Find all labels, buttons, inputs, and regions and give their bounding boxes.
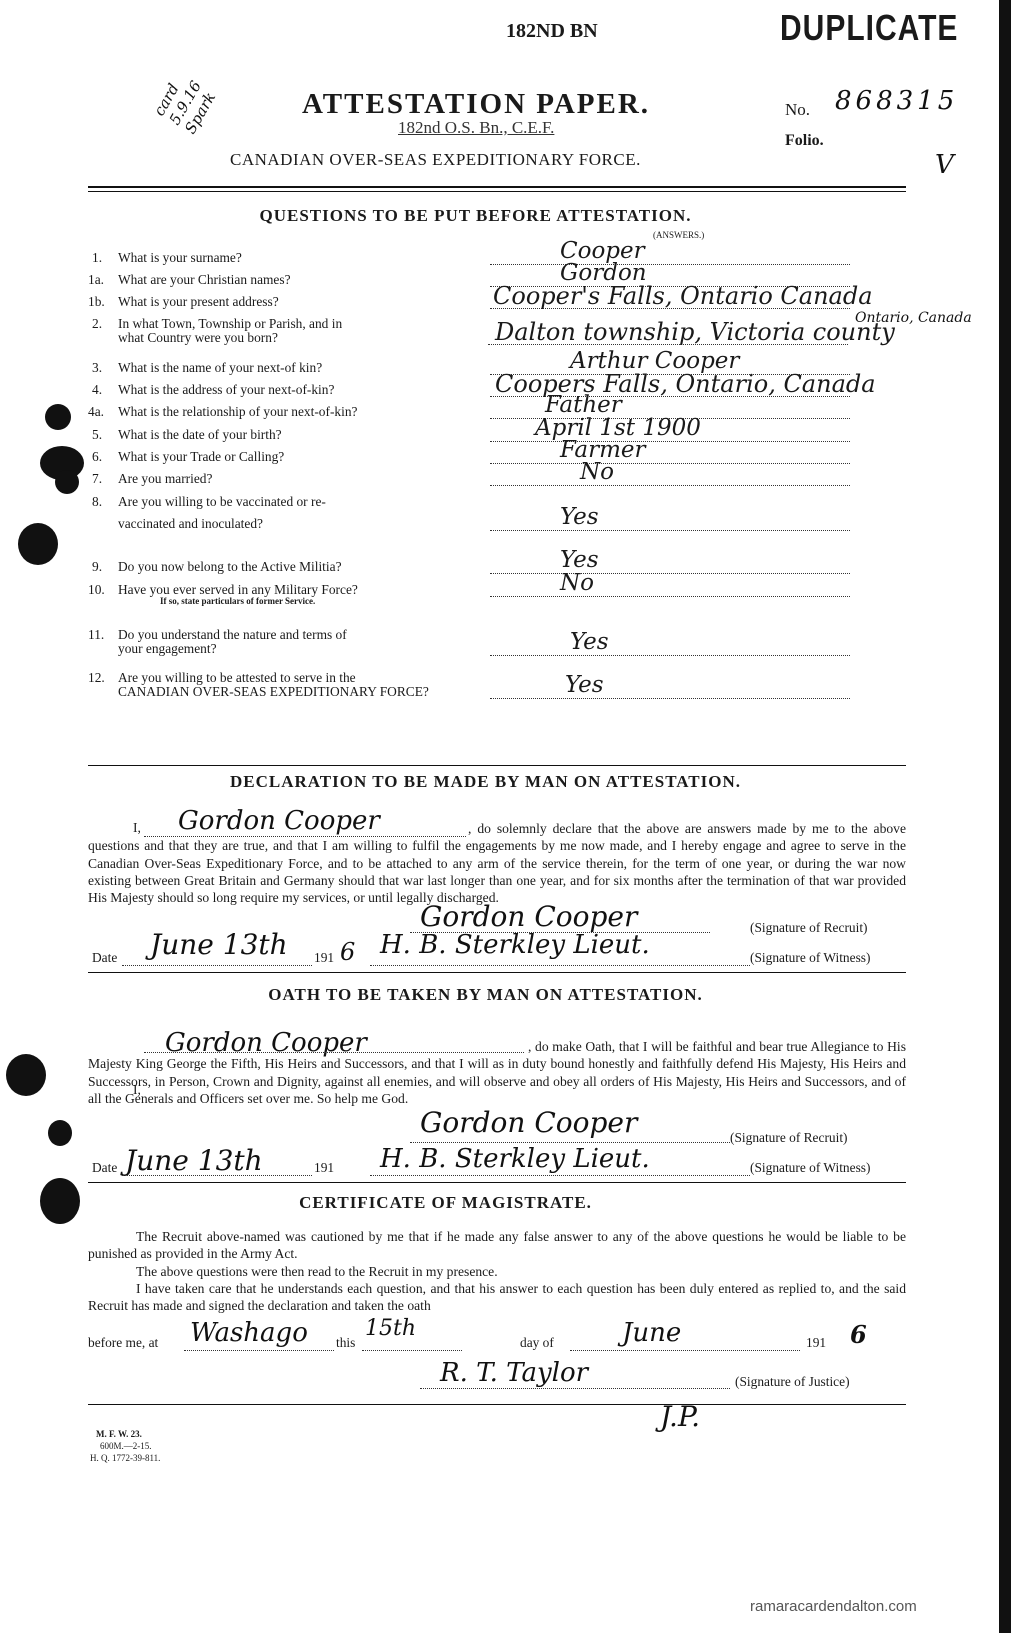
oath-witness-signature[interactable]: H. B. Sterkley Lieut. [380,1144,650,1174]
certificate-para-1: The Recruit above-named was cautioned by… [88,1228,906,1263]
question-text: What is your present address? [118,294,279,310]
answer-value[interactable]: Yes [565,672,604,698]
question-number: 12. [88,670,105,686]
question-text-cont: what Country were you born? [118,330,278,346]
day-line [362,1350,462,1351]
question-text: Are you married? [118,471,212,487]
margin-note: card 5.9.16 Spark [150,58,227,137]
attestation-day[interactable]: 15th [365,1316,416,1341]
answer-line [490,655,850,656]
question-number: 2. [92,316,102,332]
question-number: 3. [92,360,102,376]
answer-line [490,264,850,265]
question-number: 8. [92,494,102,510]
questions-heading: QUESTIONS TO BE PUT BEFORE ATTESTATION. [0,206,981,226]
date-label: Date [92,950,117,966]
declaration-body: , do solemnly declare that the above are… [88,820,906,906]
punch-hole [18,523,58,565]
answer-extra[interactable]: Ontario, Canada [855,310,972,326]
year-prefix: 191 [314,950,334,966]
question-text: What is your Trade or Calling? [118,449,284,465]
justice-title: J.P. [660,1400,700,1433]
answer-value[interactable]: No [560,570,594,596]
day-of-label: day of [520,1335,554,1351]
year-prefix: 191 [314,1160,334,1176]
section-rule [88,1182,906,1183]
answer-line [490,596,850,597]
question-number: 4. [92,382,102,398]
question-note: If so, state particulars of former Servi… [160,596,315,606]
answer-value[interactable]: Cooper's Falls, Ontario Canada [493,282,873,310]
declaration-witness-line [370,965,750,966]
answer-line [490,485,850,486]
year-suffix: 6 [850,1320,867,1349]
header-rule [88,186,906,188]
question-number: 1a. [88,272,104,288]
folio-mark: V [935,150,954,180]
question-number: 4a. [88,404,104,420]
justice-signature[interactable]: R. T. Taylor [440,1358,588,1388]
duplicate-stamp: DUPLICATE [780,9,958,50]
oath-date[interactable]: June 13th [125,1144,263,1177]
punch-hole [45,404,71,430]
answer-line [490,441,850,442]
section-rule [88,1404,906,1405]
header-rule-thin [88,191,906,192]
oath-body: , do make Oath, that I will be faithful … [88,1038,906,1107]
answer-line [490,698,850,699]
recruit-label: (Signature of Recruit) [750,920,868,936]
answer-line [490,530,850,531]
oath-date-line [122,1175,312,1176]
question-text: What is your surname? [118,250,242,266]
declaration-witness-signature[interactable]: H. B. Sterkley Lieut. [380,930,650,960]
punch-hole [55,470,79,494]
question-text: What is the relationship of your next-of… [118,404,357,420]
form-code-2: 600M.—2-15. [100,1441,152,1451]
watermark-link[interactable]: ramaracardendalton.com [750,1598,917,1615]
question-text: Are you willing to be vaccinated or re- [118,494,326,510]
year-suffix: 6 [340,938,355,966]
answer-line [490,463,850,464]
punch-hole [6,1054,46,1096]
form-code-3: H. Q. 1772-39-811. [90,1453,160,1463]
declaration-date-line [122,965,312,966]
place-line [184,1350,334,1351]
scan-edge [999,0,1011,1633]
question-text-cont: your engagement? [118,641,217,657]
question-text: Do you now belong to the Active Militia? [118,559,342,575]
question-number: 9. [92,559,102,575]
battalion-stamp: 182ND BN [506,20,598,43]
number-label: No. [785,100,810,120]
oath-recruit-signature[interactable]: Gordon Cooper [420,1106,637,1139]
question-text-cont: vaccinated and inoculated? [118,516,263,532]
certificate-para-2: The above questions were then read to th… [88,1263,906,1280]
question-text: What is the address of your next-of-kin? [118,382,334,398]
question-text: What are your Christian names? [118,272,291,288]
answer-value[interactable]: No [580,459,614,485]
witness-label: (Signature of Witness) [750,1160,870,1176]
section-rule [88,972,906,973]
recruit-label: (Signature of Recruit) [730,1130,848,1146]
declaration-date[interactable]: June 13th [150,928,288,961]
question-number: 7. [92,471,102,487]
question-text: What is the name of your next-of kin? [118,360,322,376]
section-rule [88,765,906,766]
document-title: ATTESTATION PAPER. [302,88,650,121]
month-line [570,1350,800,1351]
date-label: Date [92,1160,117,1176]
answer-line [490,573,850,574]
attestation-place[interactable]: Washago [190,1318,308,1348]
oath-recruit-line [410,1142,730,1143]
before-label: before me, at [88,1335,158,1351]
this-label: this [336,1335,355,1351]
answer-value[interactable]: Dalton township, Victoria county [495,318,895,346]
declaration-heading: DECLARATION TO BE MADE BY MAN ON ATTESTA… [0,772,991,792]
answer-value[interactable]: Yes [560,504,599,530]
witness-label: (Signature of Witness) [750,950,870,966]
question-text-cont: CANADIAN OVER-SEAS EXPEDITIONARY FORCE? [118,684,429,700]
oath-witness-line [370,1175,750,1176]
punch-hole [48,1120,72,1146]
question-number: 10. [88,582,105,598]
document-subtitle: CANADIAN OVER-SEAS EXPEDITIONARY FORCE. [230,150,641,170]
regimental-number: 868315 [835,86,958,116]
question-number: 1. [92,250,102,266]
oath-heading: OATH TO BE TAKEN BY MAN ON ATTESTATION. [0,985,991,1005]
answer-value[interactable]: Yes [570,629,609,655]
certificate-heading: CERTIFICATE OF MAGISTRATE. [0,1193,951,1213]
question-number: 5. [92,427,102,443]
justice-line [420,1388,730,1389]
unit-stamp: 182nd O.S. Bn., C.E.F. [398,118,554,138]
folio-label: Folio. [785,132,824,150]
answers-label: (ANSWERS.) [653,230,704,240]
certificate-para-3: I have taken care that he understands ea… [88,1280,906,1315]
question-number: 1b. [88,294,105,310]
form-code-1: M. F. W. 23. [96,1429,142,1439]
justice-label: (Signature of Justice) [735,1374,850,1390]
attestation-month[interactable]: June [622,1318,681,1348]
year-prefix: 191 [806,1335,826,1351]
question-number: 11. [88,627,104,643]
declaration-recruit-signature[interactable]: Gordon Cooper [420,900,637,933]
question-number: 6. [92,449,102,465]
question-text: What is the date of your birth? [118,427,282,443]
